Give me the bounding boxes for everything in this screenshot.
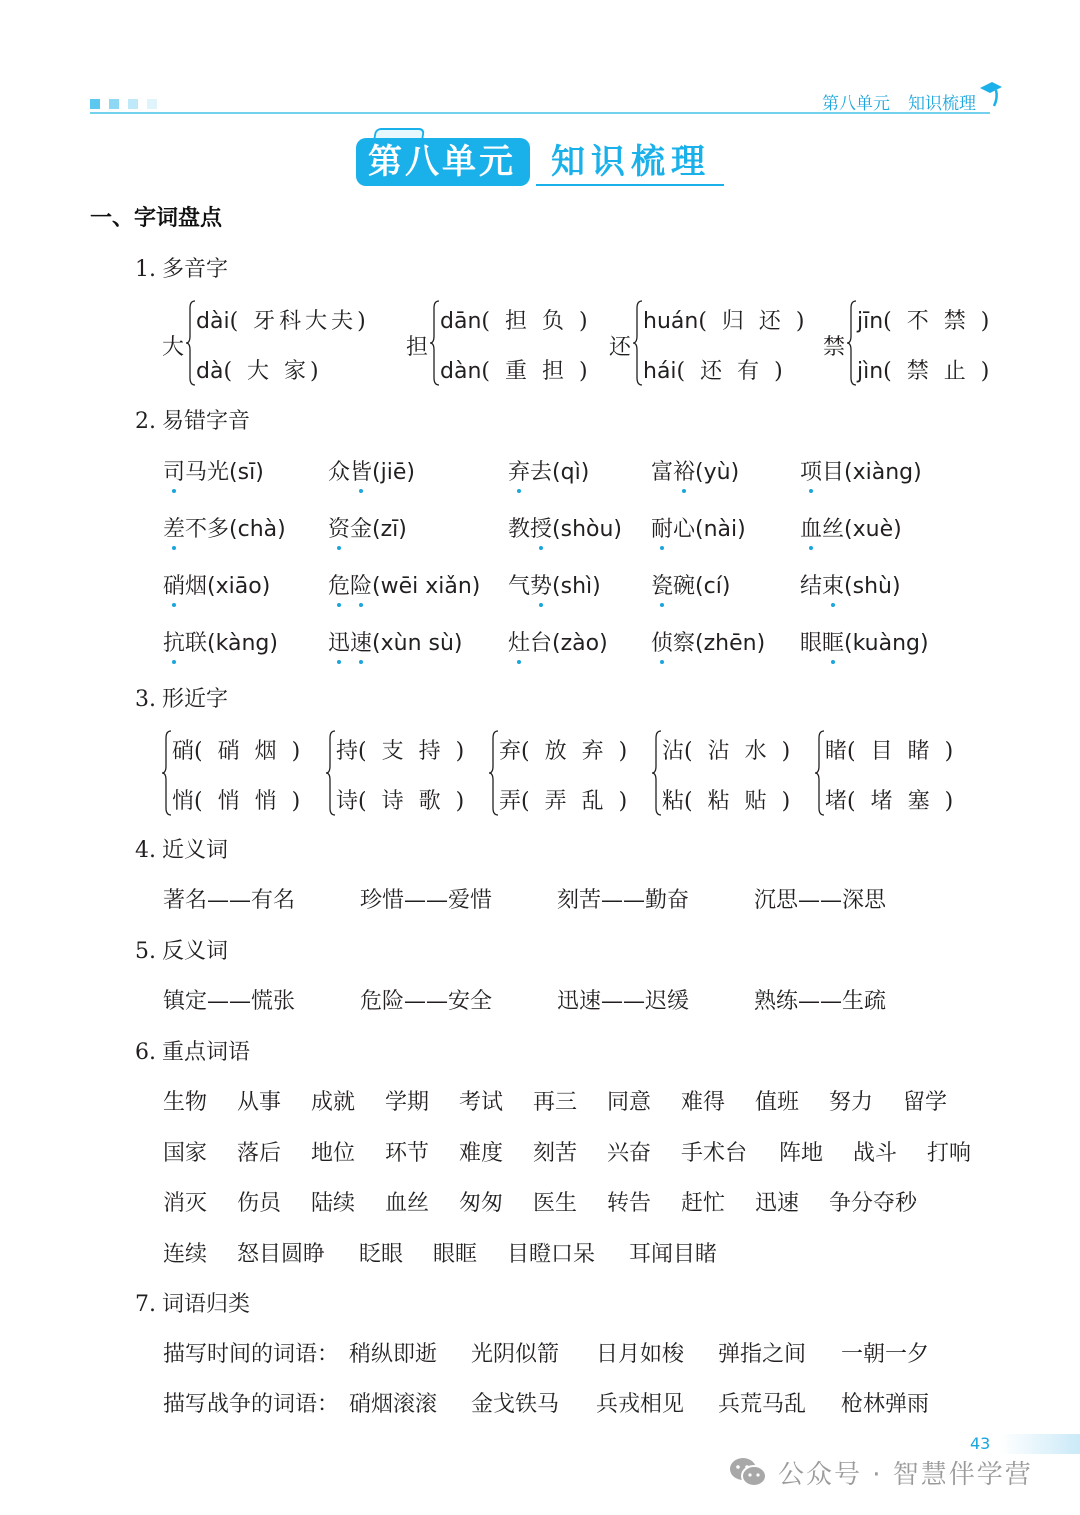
pinyin: (zhēn) bbox=[695, 631, 765, 656]
word: 众皆 bbox=[328, 460, 372, 485]
word: 灶台 bbox=[508, 631, 552, 656]
word-char: 司 bbox=[163, 460, 185, 485]
word: 教授 bbox=[508, 517, 552, 542]
word: 弃去 bbox=[508, 460, 552, 485]
category-word: 兵戎相见 bbox=[596, 1387, 684, 1418]
category-word: 一朝一夕 bbox=[841, 1337, 929, 1368]
page-title: 第八单元 知识梳理 bbox=[356, 128, 726, 188]
pronunciation-item: 弃去(qì) bbox=[508, 455, 589, 486]
example-word: ( 诗 歌 ) bbox=[358, 789, 468, 814]
page-number-bar bbox=[1000, 1434, 1080, 1454]
word-char: 侦 bbox=[651, 631, 673, 656]
pinyin: (chà) bbox=[229, 517, 286, 542]
example-word: ( 担 负 ) bbox=[481, 309, 591, 334]
word-char: 金 bbox=[350, 517, 372, 542]
word-char: 台 bbox=[530, 631, 552, 656]
pinyin: jīn bbox=[857, 309, 883, 334]
pronunciation-item: 硝烟(xiāo) bbox=[163, 569, 270, 600]
key-word: 赶忙 bbox=[681, 1186, 725, 1217]
word-char: 去 bbox=[530, 460, 552, 485]
category-word: 兵荒马乱 bbox=[718, 1387, 806, 1418]
word-char: 耐 bbox=[651, 517, 673, 542]
pronunciation-item: 迅速(xùn sù) bbox=[328, 626, 463, 657]
pinyin: (jiē) bbox=[372, 460, 415, 485]
word-char: 弃 bbox=[508, 460, 530, 485]
key-word: 眼眶 bbox=[433, 1237, 477, 1268]
title-underline bbox=[536, 184, 724, 186]
char: 持 bbox=[336, 739, 358, 764]
key-word: 学期 bbox=[385, 1085, 429, 1116]
key-word: 战斗 bbox=[853, 1136, 897, 1167]
pronunciation-item: 司马光(sī) bbox=[163, 455, 264, 486]
synonym-pair: 沉思——深思 bbox=[754, 883, 886, 914]
example-word: ( 支 持 ) bbox=[358, 739, 468, 764]
brace-icon bbox=[186, 300, 196, 386]
word-char: 心 bbox=[673, 517, 695, 542]
title-text: 知识梳理 bbox=[551, 138, 711, 186]
subsection-label: 词语归类 bbox=[162, 1292, 250, 1317]
page-number: 43 bbox=[970, 1434, 990, 1453]
char: 睹 bbox=[825, 739, 847, 764]
example-word: ( 归 还 ) bbox=[698, 309, 808, 334]
running-unit: 第八单元 bbox=[822, 94, 890, 114]
category-word: 金戈铁马 bbox=[471, 1387, 559, 1418]
header-square bbox=[128, 99, 138, 109]
pinyin: (nài) bbox=[695, 517, 746, 542]
word-char: 丝 bbox=[822, 517, 844, 542]
synonym-pair: 著名——有名 bbox=[163, 883, 295, 914]
example-word: ( 放 弃 ) bbox=[521, 739, 631, 764]
example-word: ( 弄 乱 ) bbox=[521, 789, 631, 814]
pronunciation-item: 瓷碗(cí) bbox=[651, 569, 730, 600]
char: 堵 bbox=[825, 789, 847, 814]
synonym-pair: 珍惜——爱惜 bbox=[360, 883, 492, 914]
pronunciation-item: 项目(xiàng) bbox=[800, 455, 922, 486]
word: 侦察 bbox=[651, 631, 695, 656]
word-char: 富 bbox=[651, 460, 673, 485]
polyphone-group: 还 huán( 归 还 ) hái( 还 有 ) bbox=[609, 300, 789, 390]
similar-char-group: 硝( 硝 烟 )悄( 悄 悄 ) bbox=[162, 730, 312, 820]
word-char: 多 bbox=[207, 517, 229, 542]
char: 悄 bbox=[172, 789, 194, 814]
word: 司马光 bbox=[163, 460, 229, 485]
pinyin: (xùn sù) bbox=[372, 631, 462, 656]
page-header: 第八单元知识梳理 bbox=[90, 80, 990, 116]
category-word: 稍纵即逝 bbox=[349, 1337, 437, 1368]
key-word: 努力 bbox=[829, 1085, 873, 1116]
pinyin: hái bbox=[643, 359, 677, 384]
pinyin: (shù) bbox=[844, 574, 901, 599]
word-char: 抗 bbox=[163, 631, 185, 656]
subsection-number: 6. bbox=[135, 1040, 156, 1065]
key-word: 再三 bbox=[533, 1085, 577, 1116]
pinyin: huán bbox=[643, 309, 698, 334]
pronunciation-item: 灶台(zào) bbox=[508, 626, 608, 657]
example-word: ( 目 睹 ) bbox=[847, 739, 957, 764]
header-squares bbox=[90, 99, 157, 109]
similar-char-group: 沾( 沾 水 )粘( 粘 贴 ) bbox=[652, 730, 802, 820]
subsection-label: 反义词 bbox=[162, 939, 228, 964]
subsection-number: 2. bbox=[135, 409, 156, 434]
word-char: 目 bbox=[822, 460, 844, 485]
pinyin: jìn bbox=[857, 359, 883, 384]
example-word: ( 还 有 ) bbox=[677, 359, 787, 384]
pinyin: (sī) bbox=[229, 460, 264, 485]
word: 富裕 bbox=[651, 460, 695, 485]
graduation-cap-icon bbox=[978, 80, 1002, 108]
polyphone-group: 大 dài( 牙科大夫) dà( 大 家) bbox=[162, 300, 372, 390]
brace-icon bbox=[489, 730, 499, 816]
category-word: 弹指之间 bbox=[718, 1337, 806, 1368]
similar-char-group: 弃( 放 弃 )弄( 弄 乱 ) bbox=[489, 730, 639, 820]
brace-icon bbox=[162, 730, 172, 816]
key-word: 考试 bbox=[459, 1085, 503, 1116]
key-word: 陆续 bbox=[311, 1186, 355, 1217]
brace-icon bbox=[847, 300, 857, 386]
key-word: 国家 bbox=[163, 1136, 207, 1167]
key-word: 耳闻目睹 bbox=[629, 1237, 717, 1268]
word-char: 项 bbox=[800, 460, 822, 485]
key-word: 血丝 bbox=[385, 1186, 429, 1217]
header-square bbox=[147, 99, 157, 109]
pronunciation-item: 耐心(nài) bbox=[651, 512, 746, 543]
category-prefix: 描写战争的词语： bbox=[163, 1387, 339, 1418]
word-char: 众 bbox=[328, 460, 350, 485]
pinyin: (xiāo) bbox=[207, 574, 270, 599]
polyphone-group: 担 dān( 担 负 ) dàn( 重 担 ) bbox=[406, 300, 586, 390]
char: 弄 bbox=[499, 789, 521, 814]
word: 硝烟 bbox=[163, 574, 207, 599]
key-word: 生物 bbox=[163, 1085, 207, 1116]
antonym-pair: 危险——安全 bbox=[360, 984, 492, 1015]
key-word: 落后 bbox=[237, 1136, 281, 1167]
pronunciation-item: 众皆(jiē) bbox=[328, 455, 415, 486]
pinyin: dà bbox=[196, 359, 223, 384]
key-word: 匆匆 bbox=[459, 1186, 503, 1217]
pinyin: (kàng) bbox=[207, 631, 278, 656]
word-char: 皆 bbox=[350, 460, 372, 485]
word-char: 联 bbox=[185, 631, 207, 656]
word: 抗联 bbox=[163, 631, 207, 656]
subsection-polyphones: 1.多音字 bbox=[135, 252, 228, 283]
key-word: 医生 bbox=[533, 1186, 577, 1217]
polyphone-char: 禁 bbox=[823, 330, 845, 361]
word-char: 烟 bbox=[185, 574, 207, 599]
subsection-synonyms: 4.近义词 bbox=[135, 833, 228, 864]
subsection-number: 5. bbox=[135, 939, 156, 964]
brace-icon bbox=[633, 300, 643, 386]
word-char: 险 bbox=[350, 574, 372, 599]
watermark-text: 公众号 · 智慧伴学营 bbox=[778, 1454, 1033, 1491]
pinyin: (cí) bbox=[695, 574, 730, 599]
example-word: ( 沾 水 ) bbox=[684, 739, 794, 764]
example-word: ( 堵 塞 ) bbox=[847, 789, 957, 814]
category-word: 硝烟滚滚 bbox=[349, 1387, 437, 1418]
example-word: ( 不 禁 ) bbox=[883, 309, 993, 334]
key-word: 消灭 bbox=[163, 1186, 207, 1217]
synonym-pair: 刻苦——勤奋 bbox=[557, 883, 689, 914]
word-char: 硝 bbox=[163, 574, 185, 599]
word: 瓷碗 bbox=[651, 574, 695, 599]
category-prefix: 描写时间的词语： bbox=[163, 1337, 339, 1368]
key-word: 值班 bbox=[755, 1085, 799, 1116]
key-word: 打响 bbox=[927, 1136, 971, 1167]
subsection-label: 重点词语 bbox=[162, 1040, 250, 1065]
word-char: 眼 bbox=[800, 631, 822, 656]
word: 血丝 bbox=[800, 517, 844, 542]
char: 沾 bbox=[662, 739, 684, 764]
pinyin: (xiàng) bbox=[844, 460, 922, 485]
watermark: 公众号 · 智慧伴学营 bbox=[728, 1452, 1033, 1492]
pinyin: (yù) bbox=[695, 460, 739, 485]
word-char: 束 bbox=[822, 574, 844, 599]
char: 诗 bbox=[336, 789, 358, 814]
char: 弃 bbox=[499, 739, 521, 764]
key-word: 迅速 bbox=[755, 1186, 799, 1217]
key-word: 难度 bbox=[459, 1136, 503, 1167]
key-word: 手术台 bbox=[681, 1136, 747, 1167]
pinyin: (zào) bbox=[552, 631, 608, 656]
pinyin: (xuè) bbox=[844, 517, 902, 542]
subsection-label: 形近字 bbox=[162, 687, 228, 712]
word-char: 眶 bbox=[822, 631, 844, 656]
antonym-pair: 迅速——迟缓 bbox=[557, 984, 689, 1015]
key-word: 难得 bbox=[681, 1085, 725, 1116]
pronunciation-item: 教授(shòu) bbox=[508, 512, 622, 543]
word: 项目 bbox=[800, 460, 844, 485]
word-char: 资 bbox=[328, 517, 350, 542]
subsection-number: 4. bbox=[135, 838, 156, 863]
example-word: ( 硝 烟 ) bbox=[194, 739, 304, 764]
key-word: 地位 bbox=[311, 1136, 355, 1167]
subsection-number: 7. bbox=[135, 1292, 156, 1317]
pronunciation-item: 差不多(chà) bbox=[163, 512, 286, 543]
key-word: 怒目圆睁 bbox=[237, 1237, 325, 1268]
key-word: 从事 bbox=[237, 1085, 281, 1116]
subsection-label: 近义词 bbox=[162, 838, 228, 863]
word-char: 结 bbox=[800, 574, 822, 599]
word-char: 血 bbox=[800, 517, 822, 542]
key-word: 兴奋 bbox=[607, 1136, 651, 1167]
subsection-categories: 7.词语归类 bbox=[135, 1287, 250, 1318]
word-char: 光 bbox=[207, 460, 229, 485]
running-header: 第八单元知识梳理 bbox=[822, 89, 976, 114]
polyphone-group: 禁 jīn( 不 禁 ) jìn( 禁 止 ) bbox=[823, 300, 983, 390]
char: 硝 bbox=[172, 739, 194, 764]
word-char: 迅 bbox=[328, 631, 350, 656]
word: 危险 bbox=[328, 574, 372, 599]
word: 耐心 bbox=[651, 517, 695, 542]
word-char: 授 bbox=[530, 517, 552, 542]
polyphone-char: 担 bbox=[406, 330, 428, 361]
subsection-similar-chars: 3.形近字 bbox=[135, 682, 228, 713]
pinyin: (shì) bbox=[552, 574, 601, 599]
word-char: 裕 bbox=[673, 460, 695, 485]
pronunciation-item: 侦察(zhēn) bbox=[651, 626, 765, 657]
similar-char-group: 睹( 目 睹 )堵( 堵 塞 ) bbox=[815, 730, 965, 820]
pronunciation-item: 结束(shù) bbox=[800, 569, 901, 600]
key-word: 转告 bbox=[607, 1186, 651, 1217]
category-word: 光阴似箭 bbox=[471, 1337, 559, 1368]
running-topic: 知识梳理 bbox=[908, 94, 976, 114]
word-char: 察 bbox=[673, 631, 695, 656]
word-char: 速 bbox=[350, 631, 372, 656]
key-word: 刻苦 bbox=[533, 1136, 577, 1167]
pronunciation-item: 眼眶(kuàng) bbox=[800, 626, 929, 657]
key-word: 眨眼 bbox=[359, 1237, 403, 1268]
pinyin: (shòu) bbox=[552, 517, 622, 542]
pronunciation-item: 危险(wēi xiǎn) bbox=[328, 569, 480, 600]
word: 眼眶 bbox=[800, 631, 844, 656]
brace-icon bbox=[430, 300, 440, 386]
example-word: ( 重 担 ) bbox=[481, 359, 591, 384]
example-word: ( 粘 贴 ) bbox=[684, 789, 794, 814]
word-char: 不 bbox=[185, 517, 207, 542]
brace-icon bbox=[326, 730, 336, 816]
word-char: 气 bbox=[508, 574, 530, 599]
pinyin: dàn bbox=[440, 359, 481, 384]
category-word: 枪林弹雨 bbox=[841, 1387, 929, 1418]
pronunciation-item: 资金(zī) bbox=[328, 512, 407, 543]
word: 气势 bbox=[508, 574, 552, 599]
word: 结束 bbox=[800, 574, 844, 599]
key-word: 阵地 bbox=[779, 1136, 823, 1167]
title-badge: 第八单元 bbox=[356, 138, 530, 186]
example-word: ( 禁 止 ) bbox=[883, 359, 993, 384]
subsection-label: 多音字 bbox=[162, 257, 228, 282]
subsection-key-words: 6.重点词语 bbox=[135, 1035, 250, 1066]
key-word: 争分夺秒 bbox=[829, 1186, 917, 1217]
key-word: 环节 bbox=[385, 1136, 429, 1167]
example-word: ( 悄 悄 ) bbox=[194, 789, 304, 814]
pinyin: (zī) bbox=[372, 517, 407, 542]
subsection-mispronounced: 2.易错字音 bbox=[135, 404, 250, 435]
example-word: ( 牙科大夫) bbox=[230, 309, 370, 334]
subsection-label: 易错字音 bbox=[162, 409, 250, 434]
word-char: 教 bbox=[508, 517, 530, 542]
antonym-pair: 镇定——慌张 bbox=[163, 984, 295, 1015]
header-square bbox=[90, 99, 100, 109]
pinyin: dān bbox=[440, 309, 481, 334]
pronunciation-item: 抗联(kàng) bbox=[163, 626, 278, 657]
subsection-number: 1. bbox=[135, 257, 156, 282]
pronunciation-item: 气势(shì) bbox=[508, 569, 601, 600]
header-square bbox=[109, 99, 119, 109]
word-char: 灶 bbox=[508, 631, 530, 656]
antonym-pair: 熟练——生疏 bbox=[754, 984, 886, 1015]
word-char: 势 bbox=[530, 574, 552, 599]
similar-char-group: 持( 支 持 )诗( 诗 歌 ) bbox=[326, 730, 476, 820]
key-word: 留学 bbox=[903, 1085, 947, 1116]
word: 迅速 bbox=[328, 631, 372, 656]
section-heading: 一、字词盘点 bbox=[90, 201, 222, 232]
polyphone-char: 大 bbox=[162, 330, 184, 361]
word-char: 瓷 bbox=[651, 574, 673, 599]
example-word: ( 大 家) bbox=[223, 359, 322, 384]
pronunciation-item: 富裕(yù) bbox=[651, 455, 739, 486]
word: 差不多 bbox=[163, 517, 229, 542]
brace-icon bbox=[815, 730, 825, 816]
pinyin: (kuàng) bbox=[844, 631, 929, 656]
polyphone-char: 还 bbox=[609, 330, 631, 361]
word: 资金 bbox=[328, 517, 372, 542]
brace-icon bbox=[652, 730, 662, 816]
word-char: 马 bbox=[185, 460, 207, 485]
word-char: 碗 bbox=[673, 574, 695, 599]
word-char: 危 bbox=[328, 574, 350, 599]
category-word: 日月如梭 bbox=[596, 1337, 684, 1368]
key-word: 连续 bbox=[163, 1237, 207, 1268]
pinyin: (wēi xiǎn) bbox=[372, 574, 480, 599]
pinyin: (qì) bbox=[552, 460, 589, 485]
header-rule bbox=[90, 112, 990, 114]
key-word: 成就 bbox=[311, 1085, 355, 1116]
subsection-number: 3. bbox=[135, 687, 156, 712]
pronunciation-item: 血丝(xuè) bbox=[800, 512, 902, 543]
key-word: 伤员 bbox=[237, 1186, 281, 1217]
word-char: 差 bbox=[163, 517, 185, 542]
subsection-antonyms: 5.反义词 bbox=[135, 934, 228, 965]
wechat-icon bbox=[728, 1456, 768, 1488]
pinyin: dài bbox=[196, 309, 230, 334]
char: 粘 bbox=[662, 789, 684, 814]
key-word: 目瞪口呆 bbox=[507, 1237, 595, 1268]
key-word: 同意 bbox=[607, 1085, 651, 1116]
